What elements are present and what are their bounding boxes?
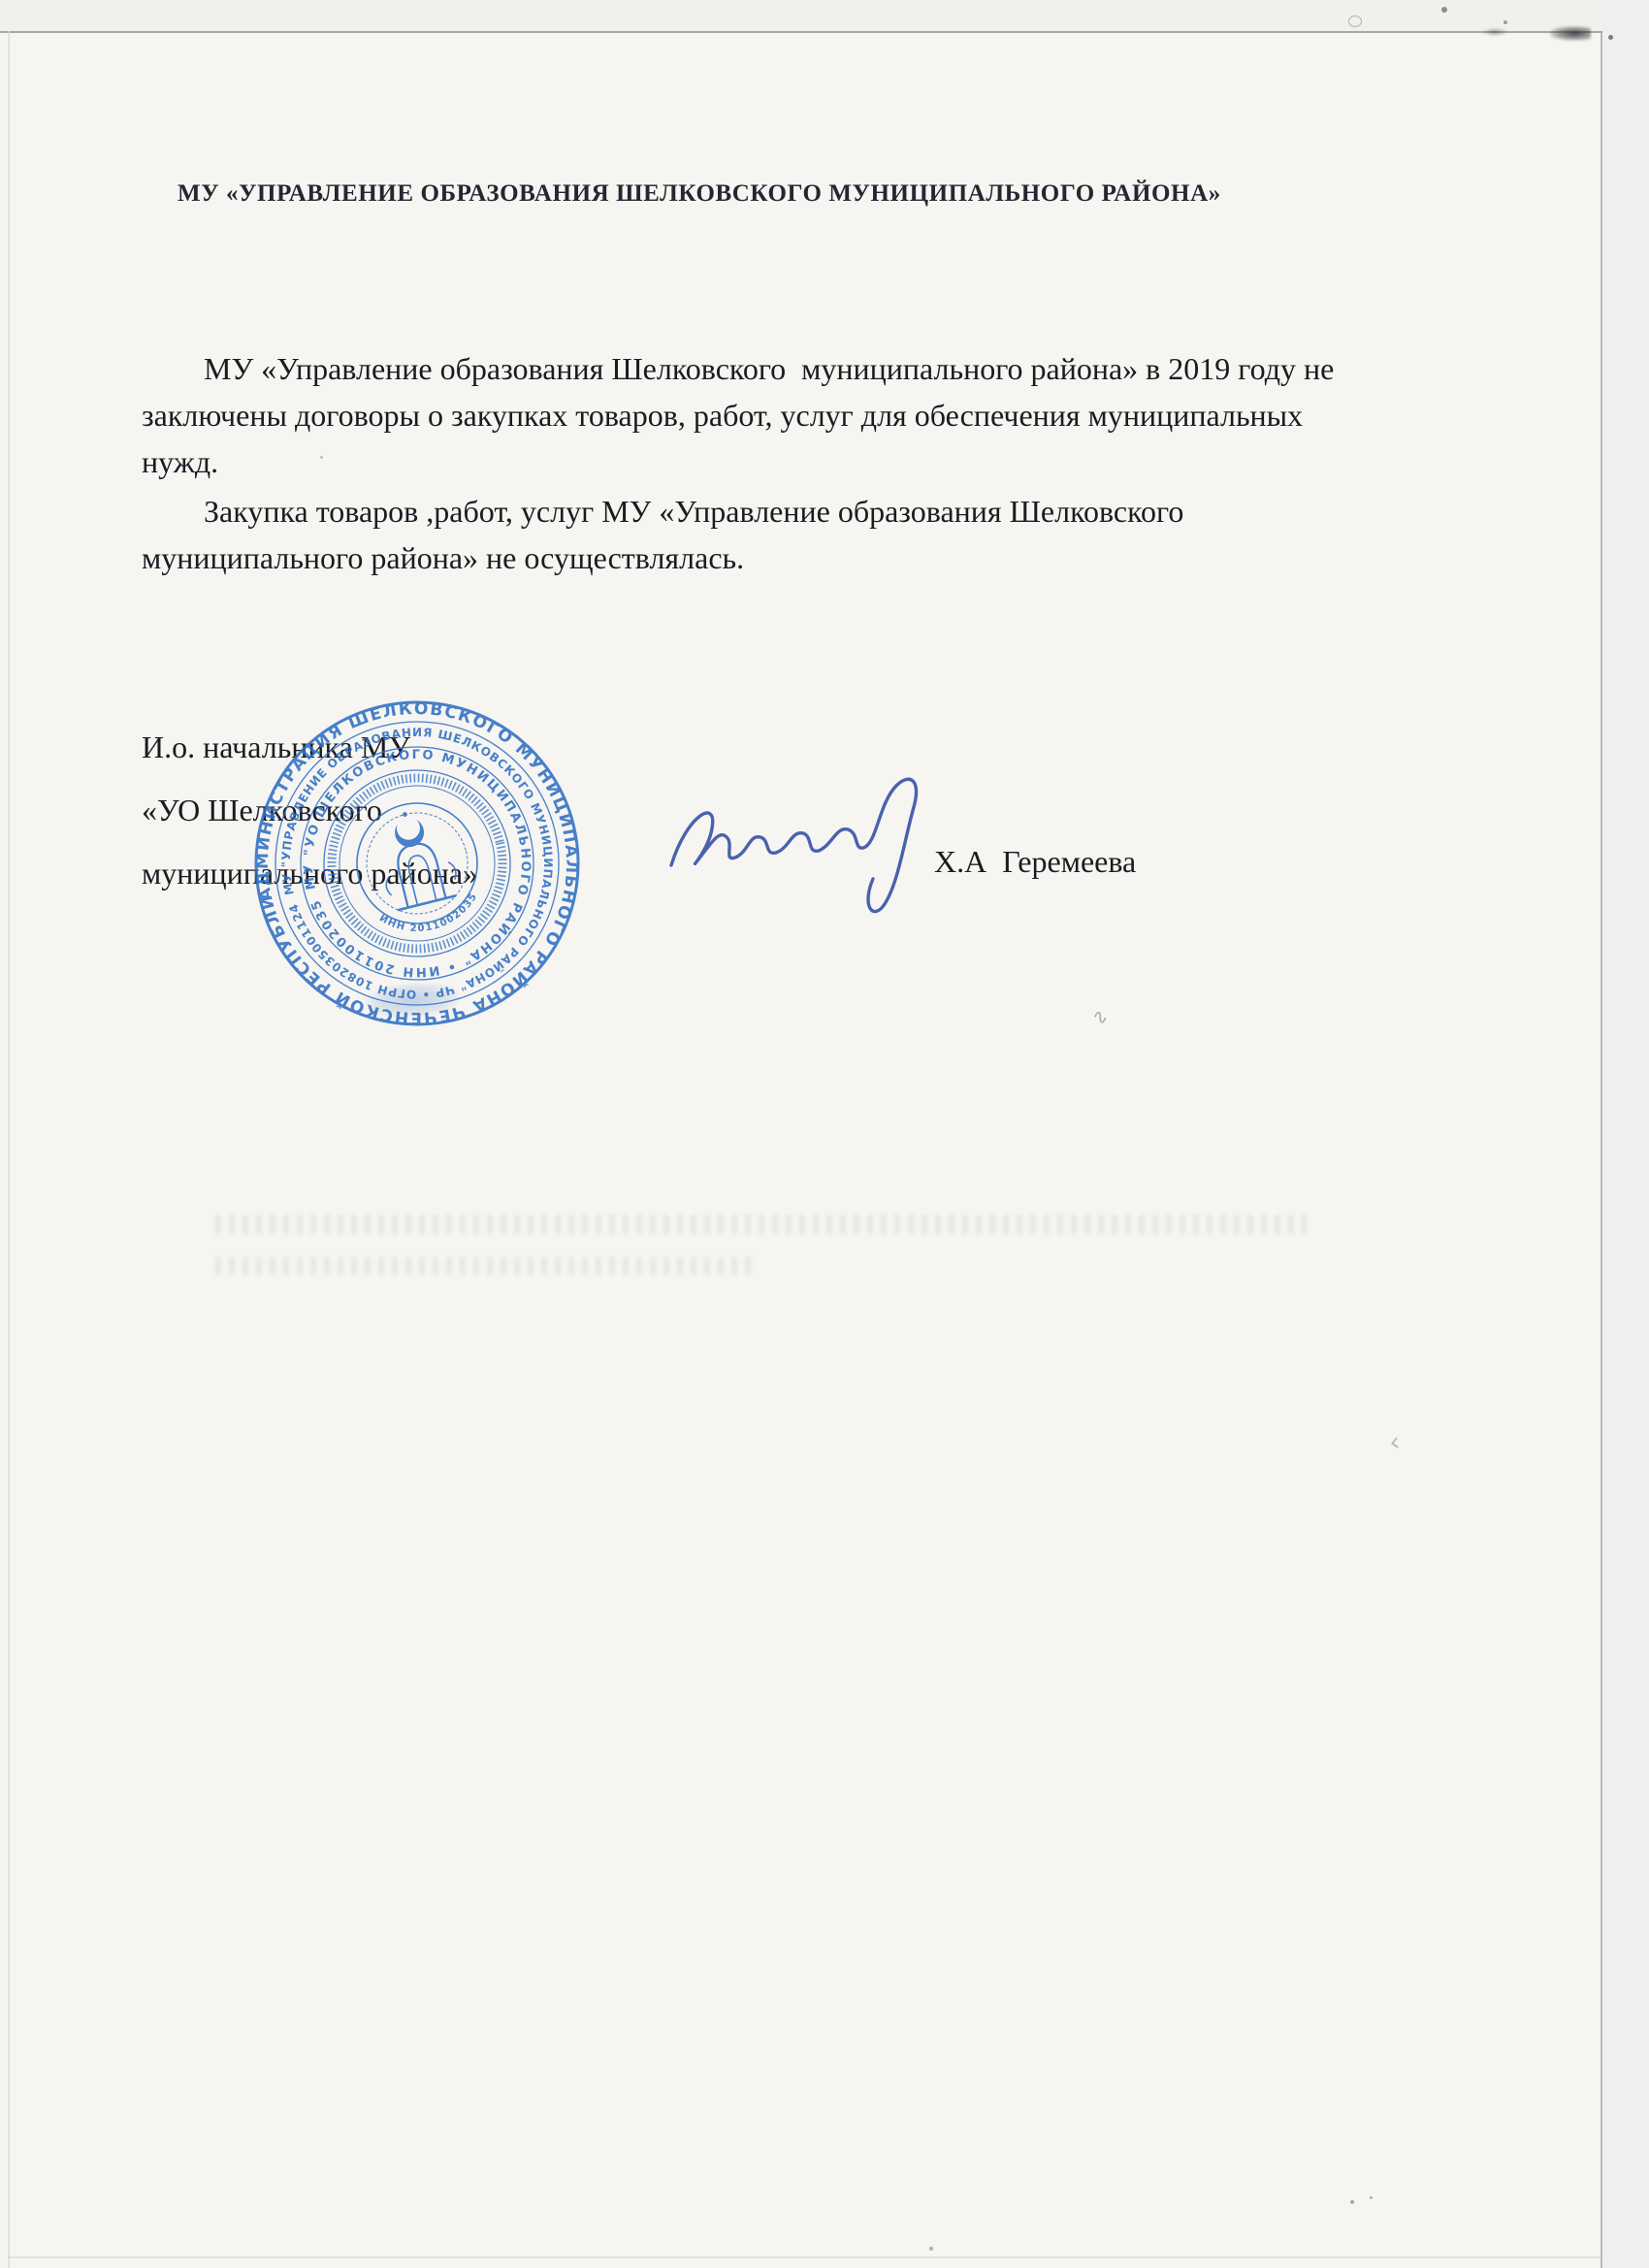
- crescent-icon: [393, 819, 427, 851]
- ink-speck: [320, 456, 323, 459]
- ink-speck: [1608, 35, 1613, 40]
- scan-edge-strip-top: [0, 0, 1649, 31]
- scan-circle-mark: [1348, 16, 1362, 27]
- paragraph-procurement-statement: МУ «Управление образования Шелковского м…: [142, 345, 1432, 485]
- paragraph-line: нужд.: [142, 438, 1432, 485]
- paragraph-line: МУ «Управление образования Шелковского м…: [142, 345, 1432, 392]
- stamp-coat-of-arms: [370, 803, 461, 911]
- scanned-letter-page: { "doc": { "header": "МУ «УПРАВЛЕНИЕ ОБР…: [0, 0, 1649, 2268]
- page-edge-top: [0, 31, 1602, 33]
- ink-speck: [1370, 2196, 1373, 2199]
- ink-speck: [1441, 7, 1447, 13]
- paragraph-purchase-statement: Закупка товаров ,работ, услуг МУ «Управл…: [142, 488, 1432, 581]
- bleed-through-line: [215, 1257, 759, 1275]
- paragraph-line: муниципального района» не осуществлялась…: [142, 535, 1432, 581]
- star-dot-icon: [403, 812, 408, 818]
- pencil-squiggle-mark: ∿: [1090, 1004, 1111, 1030]
- paragraph-line: заключены договоры о закупках товаров, р…: [142, 392, 1432, 438]
- ink-smudge-top-right: [1482, 28, 1507, 36]
- signer-name: Х.А Геремеева: [934, 844, 1136, 880]
- ink-speck: [1503, 20, 1507, 24]
- stamp-ink-smudge: [366, 981, 460, 1021]
- document-title: МУ «УПРАВЛЕНИЕ ОБРАЗОВАНИЯ ШЕЛКОВСКОГО М…: [178, 180, 1390, 208]
- handwritten-signature: [658, 768, 929, 933]
- bleed-through-line: [215, 1215, 1307, 1234]
- paragraph-line: Закупка товаров ,работ, услуг МУ «Управл…: [142, 488, 1432, 535]
- ink-speck: [929, 2247, 933, 2251]
- ink-smudge-top-right: [1550, 26, 1591, 41]
- scan-paper-background: МУ «УПРАВЛЕНИЕ ОБРАЗОВАНИЯ ШЕЛКОВСКОГО М…: [0, 0, 1649, 2268]
- page-edge-bottom: [8, 2256, 1602, 2258]
- page-edge-right: [1600, 31, 1602, 2268]
- scan-edge-strip-right: [1602, 0, 1649, 2268]
- page-edge-left: [8, 31, 10, 2268]
- pencil-chevron-mark: ‹: [1387, 1425, 1403, 1458]
- ink-speck: [1350, 2200, 1354, 2204]
